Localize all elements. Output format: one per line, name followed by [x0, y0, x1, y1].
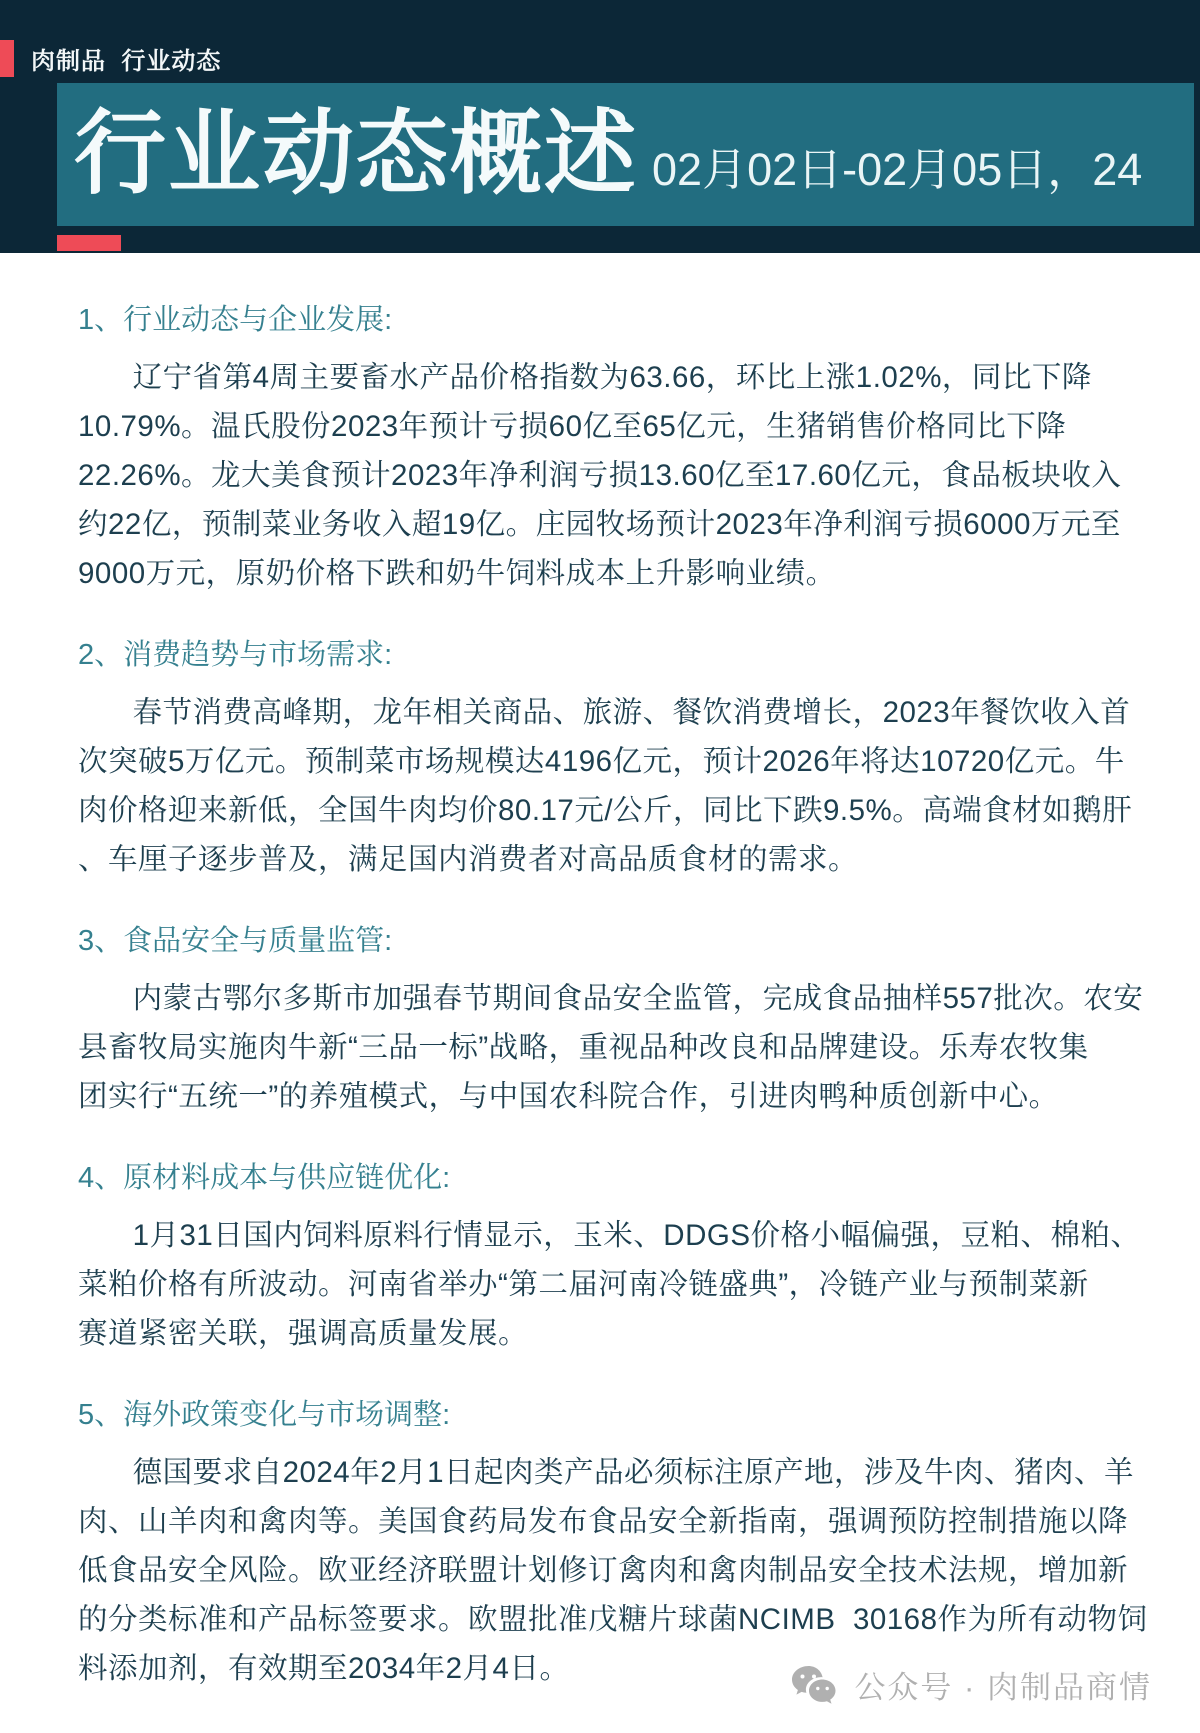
date-range: 02月02日-02月05日，24 — [652, 133, 1142, 198]
paragraph-line: 县畜牧局实施肉牛新“三品一标”战略，重视品种改良和品牌建设。乐寿农牧集 — [78, 1023, 1130, 1072]
page-title: 行业动态概述 — [74, 83, 638, 226]
paragraph-line: 团实行“五统一”的养殖模式，与中国农科院合作，引进肉鸭种质创新中心。 — [78, 1072, 1130, 1121]
paragraph-line: 低食品安全风险。欧亚经济联盟计划修订禽肉和禽肉制品安全技术法规，增加新 — [78, 1546, 1130, 1595]
paragraph-line: 次突破5万亿元。预制菜市场规模达4196亿元，预计2026年将达10720亿元。… — [78, 737, 1130, 786]
paragraph-line: 10.79%。温氏股份2023年预计亏损60亿至65亿元，生猪销售价格同比下降 — [78, 402, 1130, 451]
watermark: 公众号 · 肉制品商情 — [790, 1662, 1152, 1707]
section: 1、行业动态与企业发展:辽宁省第4周主要畜水产品价格指数为63.66，环比上涨1… — [78, 299, 1130, 598]
section-heading: 4、原材料成本与供应链优化: — [78, 1157, 1130, 1199]
paragraph-line: 9000万元，原奶价格下跌和奶牛饲料成本上升影响业绩。 — [78, 549, 1130, 598]
red-accent-bar — [0, 40, 14, 77]
title-panel: 行业动态概述 02月02日-02月05日，24 — [57, 83, 1194, 226]
kicker-label: 肉制品 行业动态 — [31, 41, 221, 76]
paragraph-line: 赛道紧密关联，强调高质量发展。 — [78, 1309, 1130, 1358]
wechat-icon — [790, 1664, 842, 1706]
paragraph-line: 春节消费高峰期，龙年相关商品、旅游、餐饮消费增长，2023年餐饮收入首 — [78, 688, 1130, 737]
paragraph-line: 辽宁省第4周主要畜水产品价格指数为63.66，环比上涨1.02%，同比下降 — [78, 353, 1130, 402]
page-header: 肉制品 行业动态 行业动态概述 02月02日-02月05日，24 — [0, 0, 1200, 253]
paragraph-line: 内蒙古鄂尔多斯市加强春节期间食品安全监管，完成食品抽样557批次。农安 — [78, 974, 1130, 1023]
paragraph-line: 、车厘子逐步普及，满足国内消费者对高品质食材的需求。 — [78, 835, 1130, 884]
paragraph-line: 的分类标准和产品标签要求。欧盟批准戊糖片球菌NCIMB 30168作为所有动物饲 — [78, 1595, 1130, 1644]
section: 5、海外政策变化与市场调整:德国要求自2024年2月1日起肉类产品必须标注原产地… — [78, 1394, 1130, 1693]
paragraph-line: 约22亿，预制菜业务收入超19亿。庄园牧场预计2023年净利润亏损6000万元至 — [78, 500, 1130, 549]
watermark-label: 公众号 · 肉制品商情 — [854, 1662, 1152, 1707]
section-heading: 3、食品安全与质量监管: — [78, 920, 1130, 962]
paragraph-line: 菜粕价格有所波动。河南省举办“第二届河南冷链盛典”，冷链产业与预制菜新 — [78, 1260, 1130, 1309]
section: 4、原材料成本与供应链优化:1月31日国内饲料原料行情显示，玉米、DDGS价格小… — [78, 1157, 1130, 1358]
content: 1、行业动态与企业发展:辽宁省第4周主要畜水产品价格指数为63.66，环比上涨1… — [0, 299, 1200, 1693]
section: 2、消费趋势与市场需求:春节消费高峰期，龙年相关商品、旅游、餐饮消费增长，202… — [78, 634, 1130, 884]
section-heading: 2、消费趋势与市场需求: — [78, 634, 1130, 676]
paragraph-line: 肉、山羊肉和禽肉等。美国食药局发布食品安全新指南，强调预防控制措施以降 — [78, 1497, 1130, 1546]
section: 3、食品安全与质量监管:内蒙古鄂尔多斯市加强春节期间食品安全监管，完成食品抽样5… — [78, 920, 1130, 1121]
paragraph-line: 德国要求自2024年2月1日起肉类产品必须标注原产地，涉及牛肉、猪肉、羊 — [78, 1448, 1130, 1497]
paragraph-line: 1月31日国内饲料原料行情显示，玉米、DDGS价格小幅偏强，豆粕、棉粕、 — [78, 1211, 1130, 1260]
paragraph-line: 肉价格迎来新低，全国牛肉均价80.17元/公斤，同比下跌9.5%。高端食材如鹅肝 — [78, 786, 1130, 835]
red-accent-rect — [57, 235, 121, 251]
paragraph-line: 22.26%。龙大美食预计2023年净利润亏损13.60亿至17.60亿元，食品… — [78, 451, 1130, 500]
section-heading: 1、行业动态与企业发展: — [78, 299, 1130, 341]
section-heading: 5、海外政策变化与市场调整: — [78, 1394, 1130, 1436]
